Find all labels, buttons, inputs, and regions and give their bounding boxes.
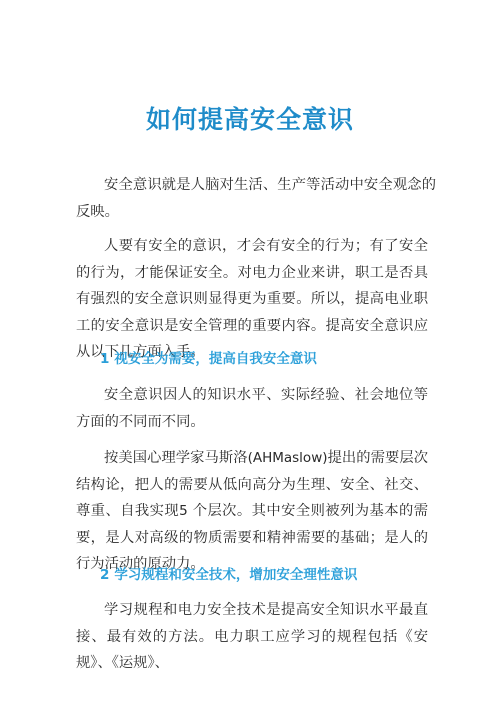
paragraph-intro: 人要有安全的意识，才会有安全的行为；有了安全的行为，才能保证安全。对电力企业来讲…: [76, 233, 428, 366]
section-title: 学习规程和安全技术，增加安全理性意识: [114, 567, 357, 583]
section-heading-2: 2学习规程和安全技术，增加安全理性意识: [100, 564, 357, 586]
section-title: 视安全为需要，提高自我安全意识: [114, 351, 317, 367]
text-span: 按美国心理学家马斯洛: [104, 450, 248, 466]
section-heading-1: 1视安全为需要，提高自我安全意识: [100, 348, 317, 370]
text-span-number: 5: [179, 503, 188, 519]
section-number: 1: [100, 351, 109, 367]
section-number: 2: [100, 567, 109, 583]
text-span-latin: (AHMaslow): [248, 450, 328, 466]
paragraph-definition: 安全意识就是人脑对生活、生产等活动中安全观念的反映。: [76, 172, 436, 225]
paragraph-awareness-factors: 安全意识因人的知识水平、实际经验、社会地位等方面的不同而不同。: [76, 382, 428, 435]
document-title: 如何提高安全意识: [0, 104, 500, 136]
paragraph-maslow: 按美国心理学家马斯洛(AHMaslow)提出的需要层次结构论，把人的需要从低向高…: [76, 445, 428, 578]
paragraph-regulations: 学习规程和电力安全技术是提高安全知识水平最直接、最有效的方法。电力职工应学习的规…: [76, 597, 428, 677]
document-page: 如何提高安全意识 安全意识就是人脑对生活、生产等活动中安全观念的反映。 人要有安…: [0, 0, 500, 708]
